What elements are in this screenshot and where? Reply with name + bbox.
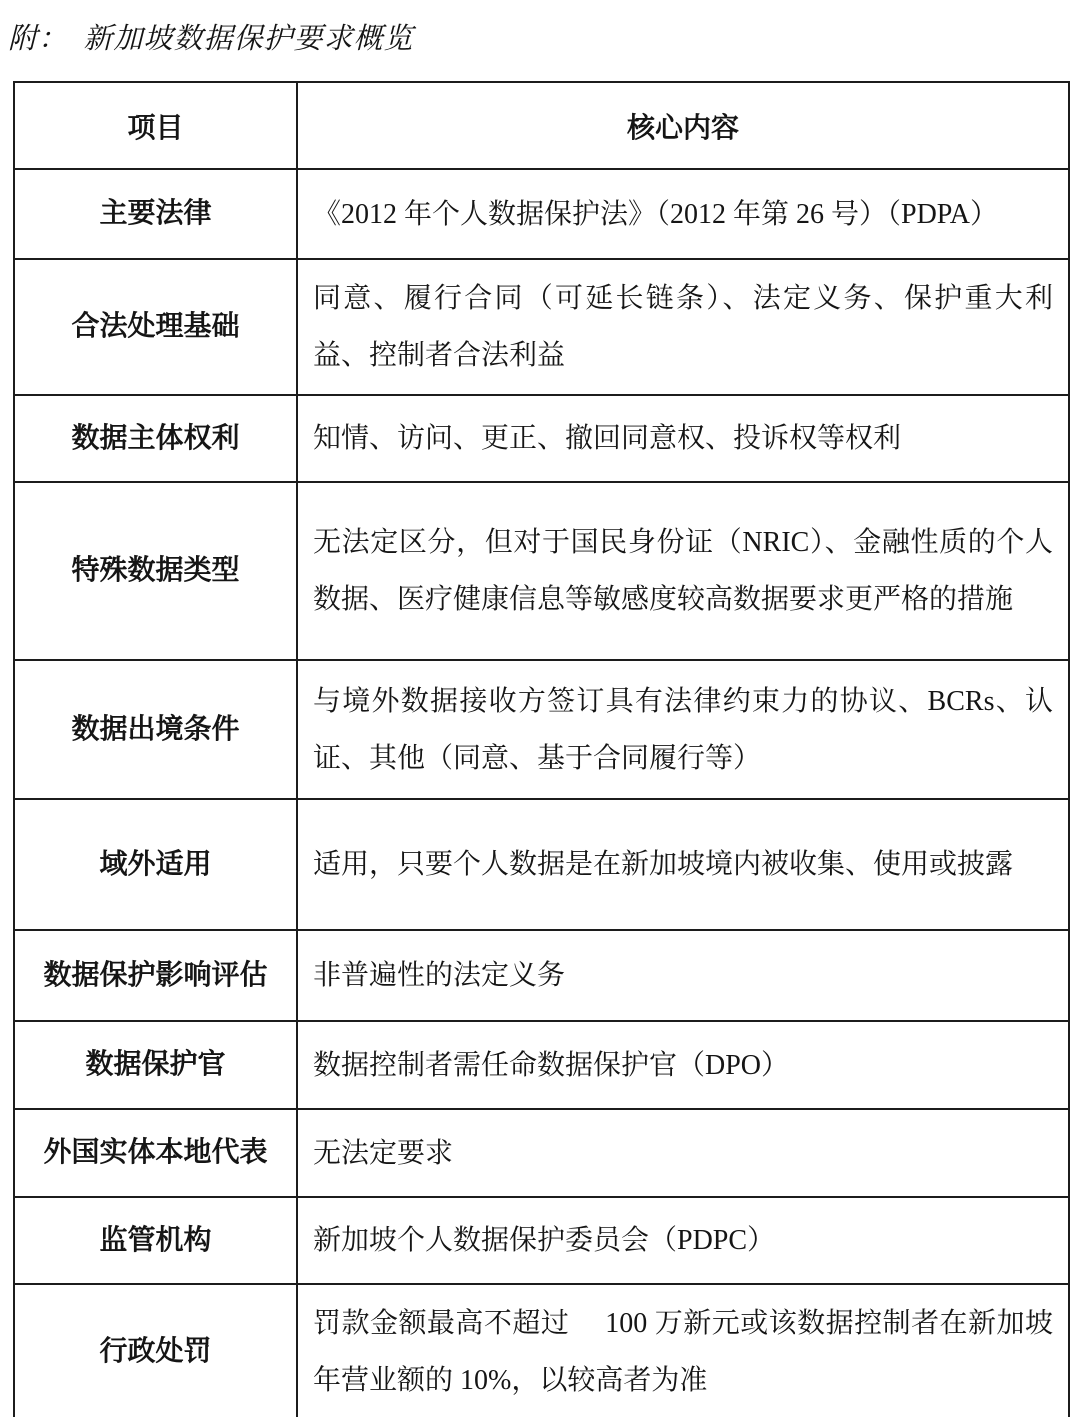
row-item-label: 主要法律 [14,169,297,259]
table-row: 域外适用 适用，只要个人数据是在新加坡境内被收集、使用或披露 [14,799,1069,930]
row-item-label: 监管机构 [14,1197,297,1284]
table-row: 主要法律 《2012 年个人数据保护法》（2012 年第 26 号）（PDPA） [14,169,1069,259]
table-row: 行政处罚 罚款金额最高不超过 100 万新元或该数据控制者在新加坡年营业额的 1… [14,1284,1069,1417]
table-row: 监管机构 新加坡个人数据保护委员会（PDPC） [14,1197,1069,1284]
table-row: 数据出境条件 与境外数据接收方签订具有法律约束力的协议、BCRs、认证、其他（同… [14,660,1069,799]
row-content: 数据控制者需任命数据保护官（DPO） [297,1021,1069,1109]
table-row: 特殊数据类型 无法定区分，但对于国民身份证（NRIC）、金融性质的个人数据、医疗… [14,482,1069,660]
row-content: 无法定区分，但对于国民身份证（NRIC）、金融性质的个人数据、医疗健康信息等敏感… [297,482,1069,660]
row-item-label: 行政处罚 [14,1284,297,1417]
row-item-label: 合法处理基础 [14,259,297,395]
row-content: 新加坡个人数据保护委员会（PDPC） [297,1197,1069,1284]
row-content: 适用，只要个人数据是在新加坡境内被收集、使用或披露 [297,799,1069,930]
table-row: 数据保护影响评估 非普遍性的法定义务 [14,930,1069,1021]
row-content: 知情、访问、更正、撤回同意权、投诉权等权利 [297,395,1069,482]
data-protection-overview-table: 项目 核心内容 主要法律 《2012 年个人数据保护法》（2012 年第 26 … [13,81,1070,1417]
row-item-label: 特殊数据类型 [14,482,297,660]
row-content: 与境外数据接收方签订具有法律约束力的协议、BCRs、认证、其他（同意、基于合同履… [297,660,1069,799]
row-item-label: 数据保护官 [14,1021,297,1109]
table-row: 数据保护官 数据控制者需任命数据保护官（DPO） [14,1021,1069,1109]
row-content: 同意、履行合同（可延长链条）、法定义务、保护重大利益、控制者合法利益 [297,259,1069,395]
row-content: 无法定要求 [297,1109,1069,1197]
table-row: 数据主体权利 知情、访问、更正、撤回同意权、投诉权等权利 [14,395,1069,482]
row-content: 罚款金额最高不超过 100 万新元或该数据控制者在新加坡年营业额的 10%，以较… [297,1284,1069,1417]
table-row: 合法处理基础 同意、履行合同（可延长链条）、法定义务、保护重大利益、控制者合法利… [14,259,1069,395]
row-item-label: 域外适用 [14,799,297,930]
row-item-label: 数据主体权利 [14,395,297,482]
row-item-label: 外国实体本地代表 [14,1109,297,1197]
table-row: 外国实体本地代表 无法定要求 [14,1109,1069,1197]
table-header-row: 项目 核心内容 [14,82,1069,169]
row-item-label: 数据出境条件 [14,660,297,799]
column-header-content: 核心内容 [297,82,1069,169]
row-item-label: 数据保护影响评估 [14,930,297,1021]
row-content: 非普遍性的法定义务 [297,930,1069,1021]
page-title: 附： 新加坡数据保护要求概览 [8,16,1080,57]
row-content: 《2012 年个人数据保护法》（2012 年第 26 号）（PDPA） [297,169,1069,259]
column-header-item: 项目 [14,82,297,169]
